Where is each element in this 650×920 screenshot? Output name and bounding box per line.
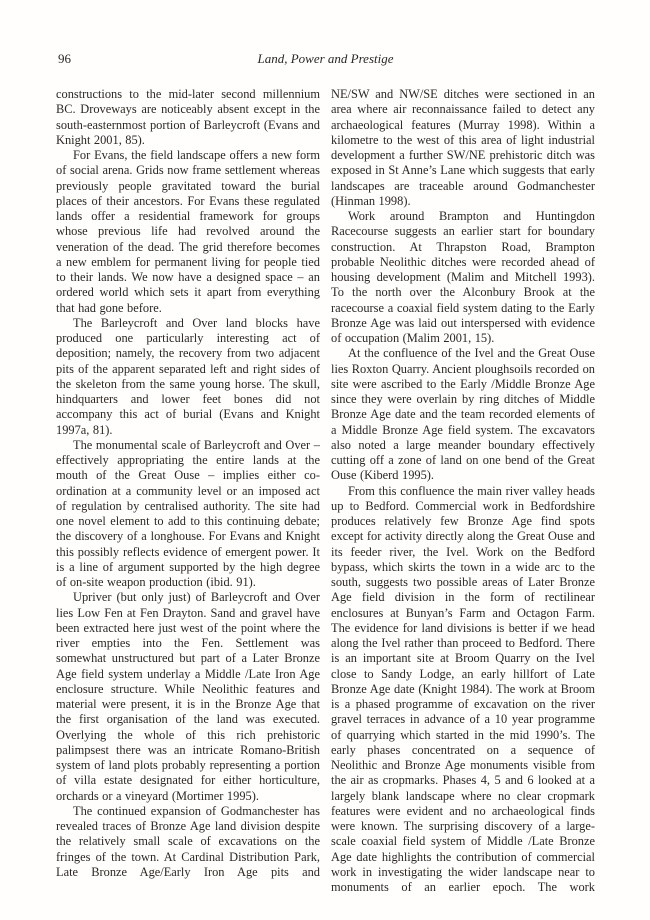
paragraph: The monumental scale of Barleycroft and … [56,438,320,591]
paragraph: From this confluence the main river vall… [331,484,595,896]
page-header: 96 Land, Power and Prestige [56,50,595,67]
paragraph: Upriver (but only just) of Barleycroft a… [56,590,320,804]
paragraph: At the confluence of the Ivel and the Gr… [331,346,595,483]
paragraph: Work around Brampton and Huntingdon Race… [331,209,595,346]
book-page: 96 Land, Power and Prestige construction… [0,0,650,920]
text-column-right: NE/SW and NW/SE ditches were sectioned i… [331,87,595,895]
two-column-text-block: constructions to the mid-later second mi… [56,87,595,895]
paragraph: For Evans, the field landscape offers a … [56,148,320,316]
paragraph: NE/SW and NW/SE ditches were sectioned i… [331,87,595,209]
paragraph: constructions to the mid-later second mi… [56,87,320,148]
running-title: Land, Power and Prestige [56,50,595,67]
paragraph: The Barleycroft and Over land blocks hav… [56,316,320,438]
paragraph: The continued expansion of Godmanchester… [56,804,320,880]
text-column-left: constructions to the mid-later second mi… [56,87,320,895]
